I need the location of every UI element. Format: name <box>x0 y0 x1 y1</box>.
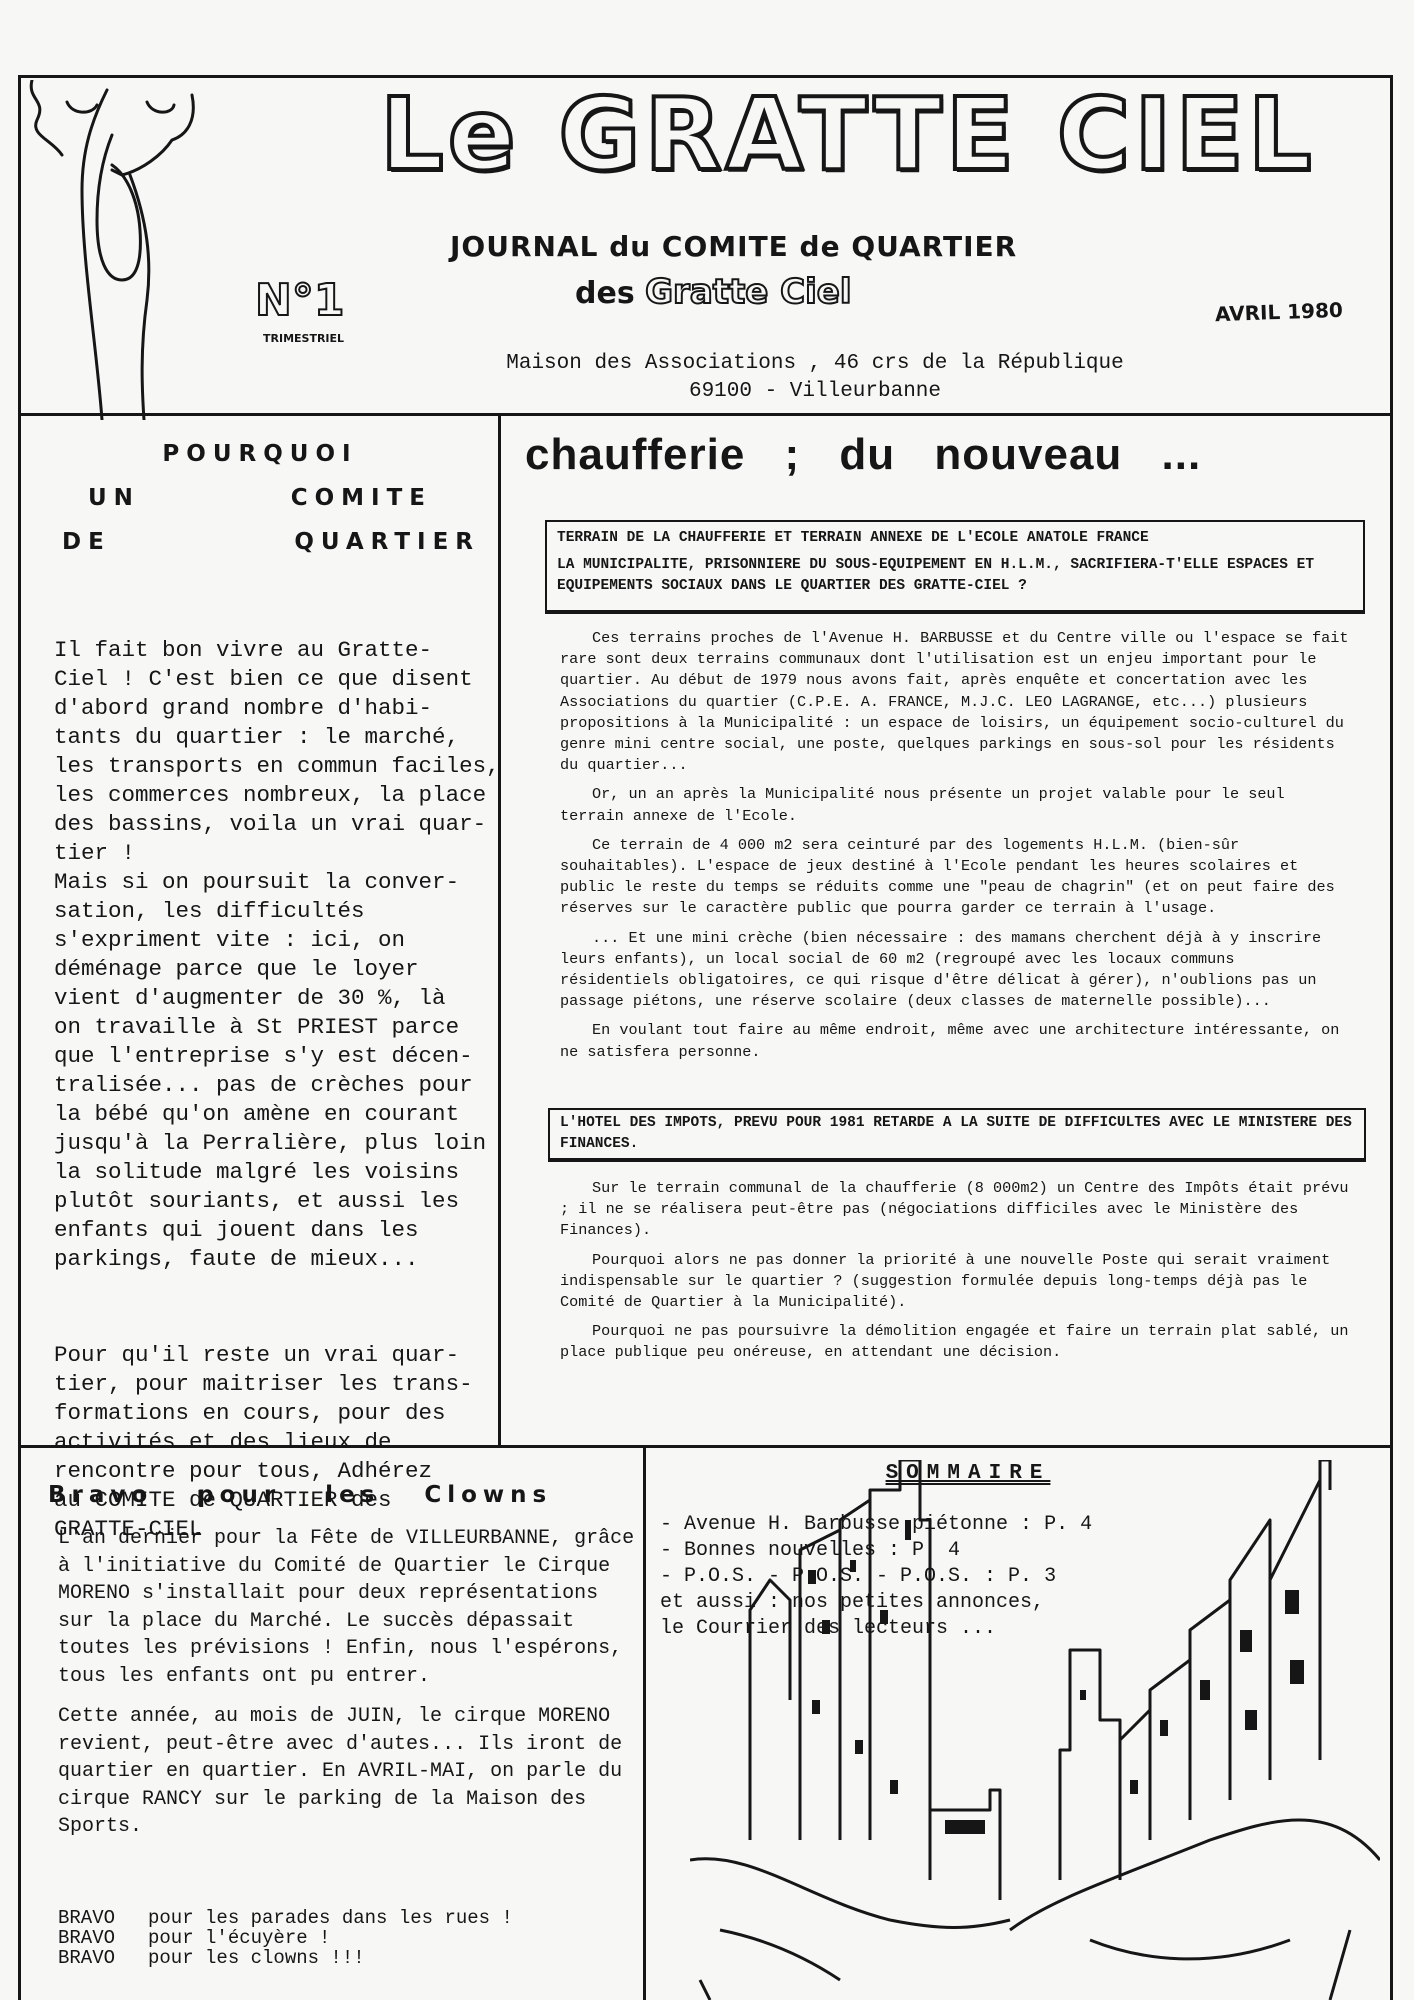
subtitle-prefix: des <box>575 276 635 311</box>
paragraph: Cette année, au mois de JUIN, le cirque … <box>58 1703 638 1841</box>
clowns-body: L'an dernier pour la Fête de VILLEURBANN… <box>58 1525 638 1854</box>
newspaper-title: Le GRATTE CIEL <box>380 85 1316 185</box>
journal-subtitle-line2: des Gratte Ciel <box>575 272 851 312</box>
heading-word: QUARTIER <box>294 529 480 555</box>
bravo-line: BRAVOpour les parades dans les rues ! <box>58 1908 513 1928</box>
sommaire-item: - Bonnes nouvelles : P. 4 <box>660 1538 1180 1564</box>
main-article-section-2: Sur le terrain communal de la chaufferie… <box>560 1178 1350 1372</box>
bravo-text: pour les parades dans les rues ! <box>148 1908 513 1928</box>
sommaire-item: et aussi : nos petites annonces, <box>660 1590 1180 1616</box>
paragraph: Ces terrains proches de l'Avenue H. BARB… <box>560 628 1350 776</box>
journal-subtitle: JOURNAL du COMITE de QUARTIER <box>450 230 1017 263</box>
subtitle-name: Gratte Ciel <box>645 272 851 312</box>
paragraph: Il fait bon vivre au Gratte- Ciel ! C'es… <box>54 636 502 1274</box>
periodicity: TRIMESTRIEL <box>263 332 344 345</box>
frame-left <box>18 75 21 2000</box>
address-line-1: Maison des Associations , 46 crs de la R… <box>380 350 1250 378</box>
clowns-heading: Bravo pour les Clowns <box>48 1482 608 1508</box>
heading-word: COMITE <box>291 485 432 511</box>
bravo-word: BRAVO <box>58 1928 148 1948</box>
lower-column-divider <box>643 1445 646 2000</box>
main-headline: chaufferie ; du nouveau ... <box>525 430 1345 480</box>
heading-word: DE <box>62 529 111 555</box>
paragraph: Pourquoi alors ne pas donner la priorité… <box>560 1250 1350 1314</box>
sommaire-title: SOMMAIRE <box>838 1462 1098 1485</box>
main-article-box-2: L'HOTEL DES IMPOTS, PREVU POUR 1981 RETA… <box>548 1108 1366 1160</box>
bravo-word: BRAVO <box>58 1908 148 1928</box>
paragraph: ... Et une mini crèche (bien nécessaire … <box>560 928 1350 1013</box>
paragraph: Ce terrain de 4 000 m2 sera ceinturé par… <box>560 835 1350 920</box>
paragraph: Pourquoi ne pas poursuivre la démolition… <box>560 1321 1350 1363</box>
left-article-heading: POURQUOI UNCOMITE DEQUARTIER <box>40 432 480 564</box>
address: Maison des Associations , 46 crs de la R… <box>380 350 1250 406</box>
main-article-box-1: TERRAIN DE LA CHAUFFERIE ET TERRAIN ANNE… <box>545 520 1365 612</box>
bravo-list: BRAVOpour les parades dans les rues ! BR… <box>58 1908 513 1968</box>
paragraph: Pour qu'il reste un vrai quar- tier, pou… <box>54 1341 502 1544</box>
sommaire-list: - Avenue H. Barbusse piétonne : P. 4 - B… <box>660 1512 1180 1642</box>
heading-word: POURQUOI <box>162 441 357 467</box>
frame-right <box>1390 75 1393 2000</box>
paragraph: L'an dernier pour la Fête de VILLEURBANN… <box>58 1525 638 1690</box>
bravo-word: BRAVO <box>58 1948 148 1968</box>
issue-number: N°1 <box>255 275 344 326</box>
box-heading: TERRAIN DE LA CHAUFFERIE ET TERRAIN ANNE… <box>557 528 1353 549</box>
tree-drawing-icon <box>22 80 202 420</box>
paragraph: Or, un an après la Municipalité nous pré… <box>560 784 1350 826</box>
sommaire-item: - P.O.S. - P.O.S. - P.O.S. : P. 3 <box>660 1564 1180 1590</box>
bravo-text: pour l'écuyère ! <box>148 1928 330 1948</box>
address-line-2: 69100 - Villeurbanne <box>380 378 1250 406</box>
bravo-text: pour les clowns !!! <box>148 1948 365 1968</box>
bravo-line: BRAVOpour l'écuyère ! <box>58 1928 513 1948</box>
masthead-divider <box>18 413 1393 416</box>
main-article-section-1: Ces terrains proches de l'Avenue H. BARB… <box>560 628 1350 1071</box>
box-subheading: LA MUNICIPALITE, PRISONNIERE DU SOUS-EQU… <box>557 555 1353 597</box>
sommaire-item: le Courrier des lecteurs ... <box>660 1616 1180 1642</box>
bravo-line: BRAVOpour les clowns !!! <box>58 1948 513 1968</box>
left-article-body: Il fait bon vivre au Gratte- Ciel ! C'es… <box>54 578 502 1611</box>
paragraph: En voulant tout faire au même endroit, m… <box>560 1020 1350 1062</box>
paragraph: Sur le terrain communal de la chaufferie… <box>560 1178 1350 1242</box>
issue-date: AVRIL 1980 <box>1215 298 1344 326</box>
sommaire-item: - Avenue H. Barbusse piétonne : P. 4 <box>660 1512 1180 1538</box>
heading-word: UN <box>88 485 140 511</box>
